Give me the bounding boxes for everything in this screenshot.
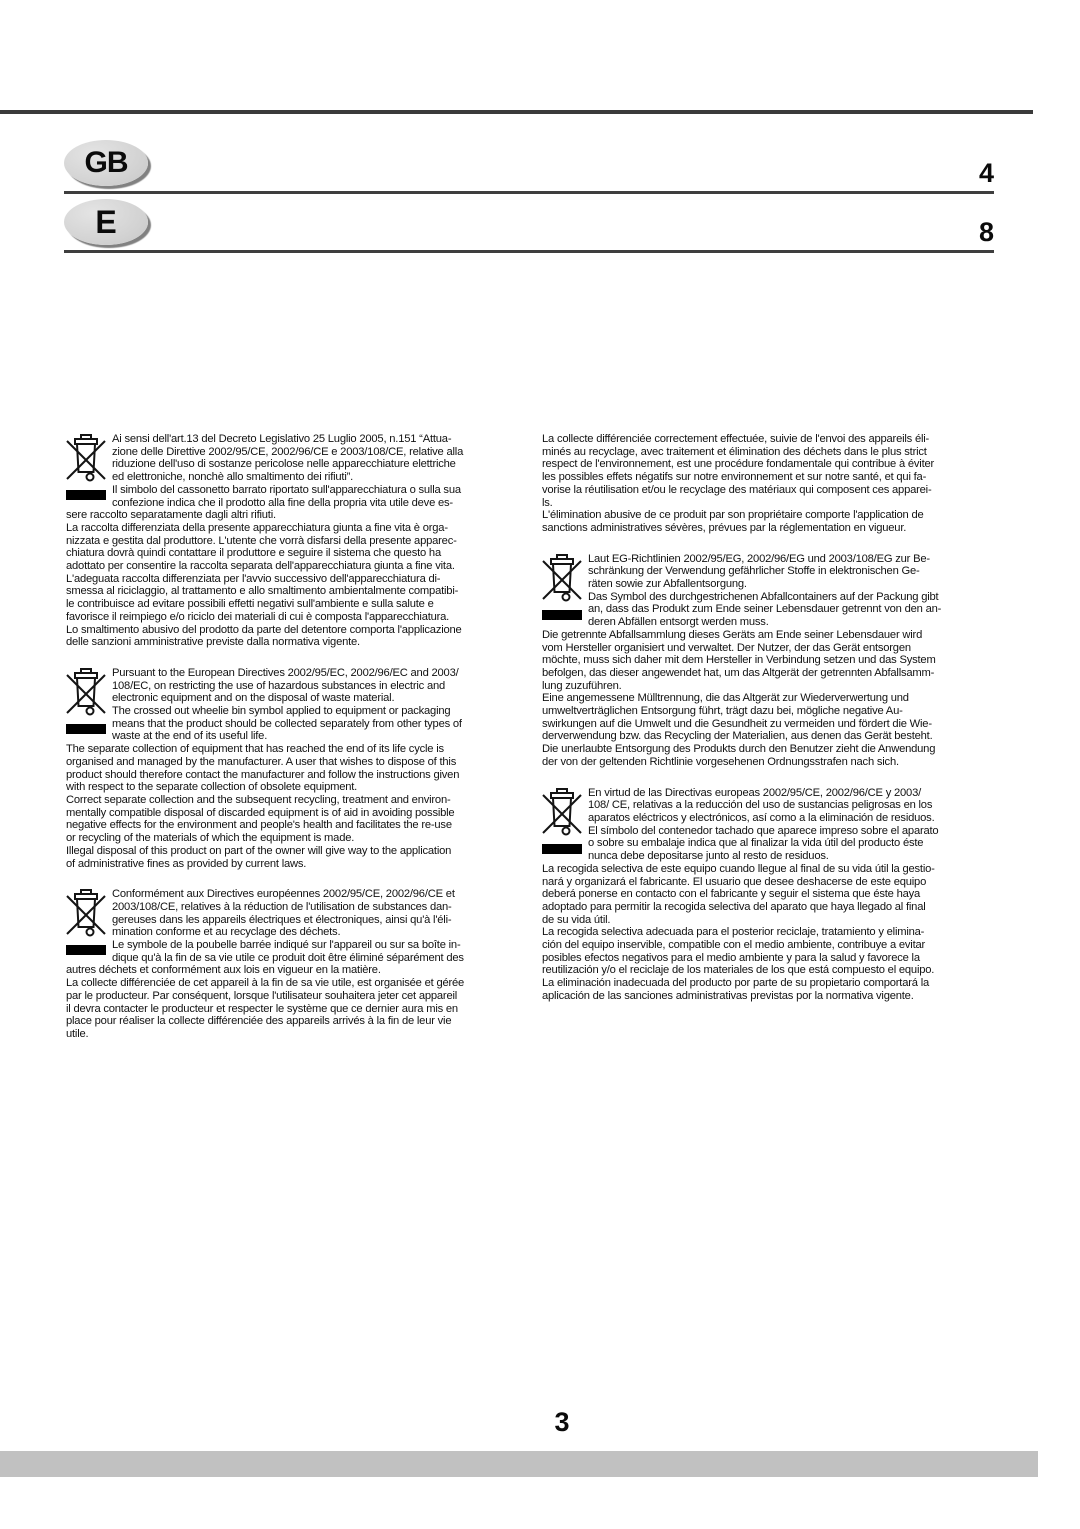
notice-french: Conformément aux Directives européennes … xyxy=(66,888,536,1040)
weee-black-bar xyxy=(66,945,106,955)
page-number: 3 xyxy=(547,1407,577,1438)
page-ref-e: 8 xyxy=(979,219,994,246)
body-columns: Ai sensi dell'art.13 del Decreto Legisla… xyxy=(66,433,1020,1059)
weee-black-bar xyxy=(542,610,582,620)
weee-black-bar xyxy=(66,724,106,734)
language-badge-e: E xyxy=(64,199,148,245)
notice-french-continued-text: La collecte différenciée correctement ef… xyxy=(542,433,1020,535)
weee-black-bar xyxy=(66,490,106,500)
left-column: Ai sensi dell'art.13 del Decreto Legisla… xyxy=(66,433,536,1059)
notice-english: Pursuant to the European Directives 2002… xyxy=(66,667,536,870)
weee-crossed-bin-icon xyxy=(542,553,588,627)
notice-english-text: Pursuant to the European Directives 2002… xyxy=(66,667,536,870)
weee-black-bar xyxy=(542,844,582,854)
notice-french-text: Conformément aux Directives européennes … xyxy=(66,888,536,1040)
notice-german-text: Laut EG-Richtlinien 2002/95/EG, 2002/96/… xyxy=(542,553,1020,769)
footer-bar xyxy=(0,1451,1038,1477)
weee-crossed-bin-icon xyxy=(542,787,588,861)
weee-crossed-bin-icon xyxy=(66,888,112,962)
notice-italian-text: Ai sensi dell'art.13 del Decreto Legisla… xyxy=(66,433,536,649)
weee-crossed-bin-icon xyxy=(66,667,112,741)
notice-italian: Ai sensi dell'art.13 del Decreto Legisla… xyxy=(66,433,536,649)
contents-row-gb: GB 4 xyxy=(64,141,994,194)
notice-spanish: En virtud de las Directivas europeas 200… xyxy=(542,787,1020,1003)
notice-german: Laut EG-Richtlinien 2002/95/EG, 2002/96/… xyxy=(542,553,1020,769)
language-badge-gb: GB xyxy=(64,140,148,186)
notice-french-continued: La collecte différenciée correctement ef… xyxy=(542,433,1020,535)
language-badge-gb-label: GB xyxy=(85,148,128,178)
right-column: La collecte différenciée correctement ef… xyxy=(542,433,1020,1059)
notice-spanish-text: En virtud de las Directivas europeas 200… xyxy=(542,787,1020,1003)
manual-page: GB 4 E 8 xyxy=(0,0,1080,1529)
top-rule xyxy=(0,110,1033,114)
weee-crossed-bin-icon xyxy=(66,433,112,507)
language-badge-e-label: E xyxy=(95,206,116,238)
contents-row-e: E 8 xyxy=(64,200,994,253)
page-ref-gb: 4 xyxy=(979,160,994,187)
